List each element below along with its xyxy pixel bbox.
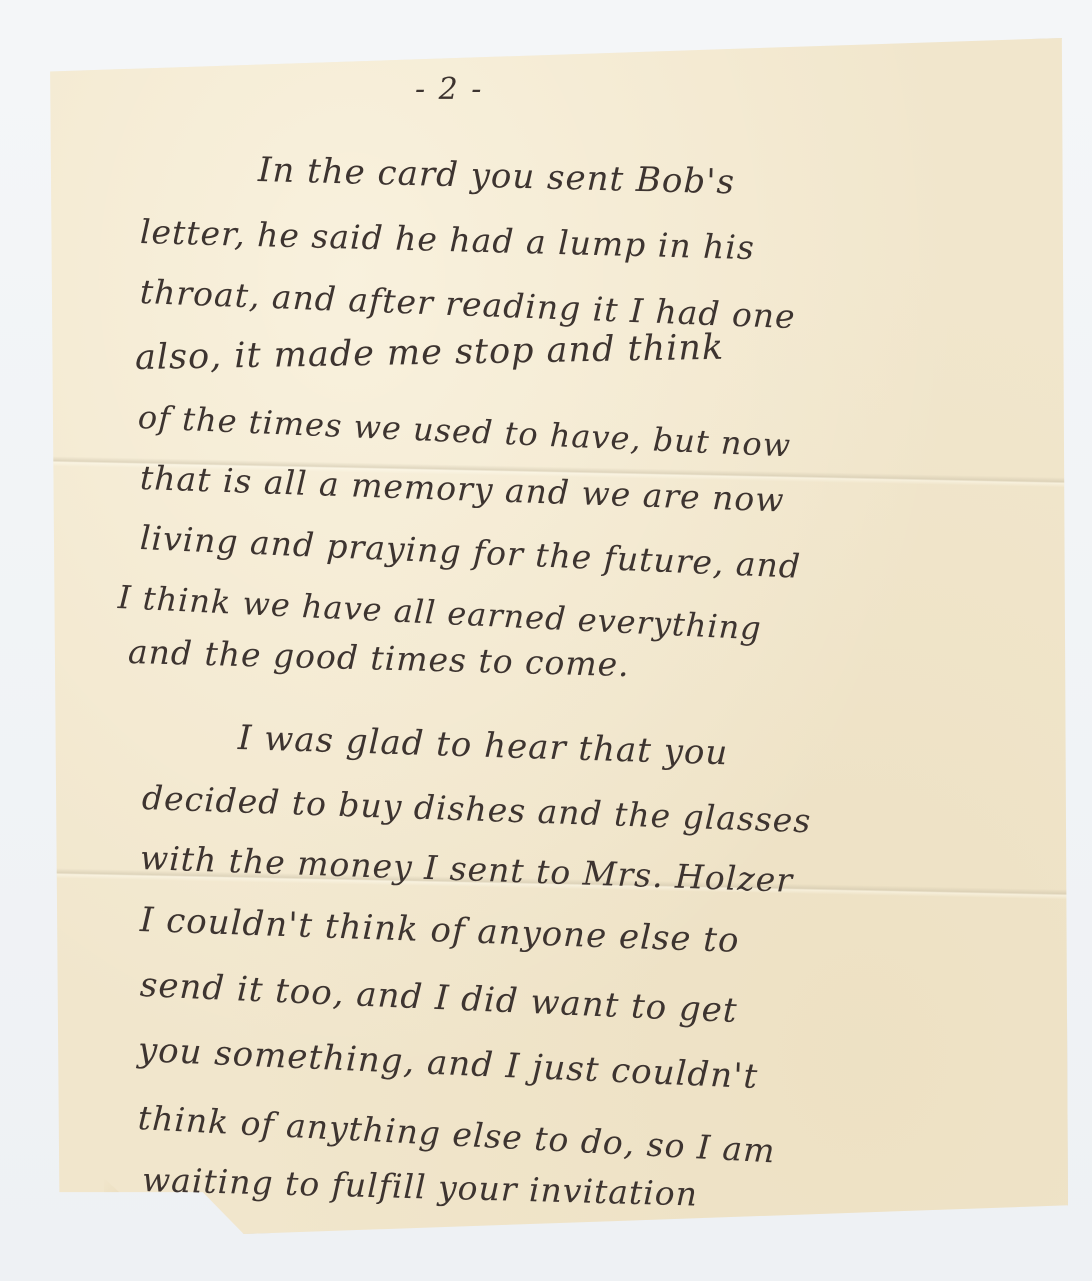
page-number: - 2 - — [415, 72, 483, 107]
